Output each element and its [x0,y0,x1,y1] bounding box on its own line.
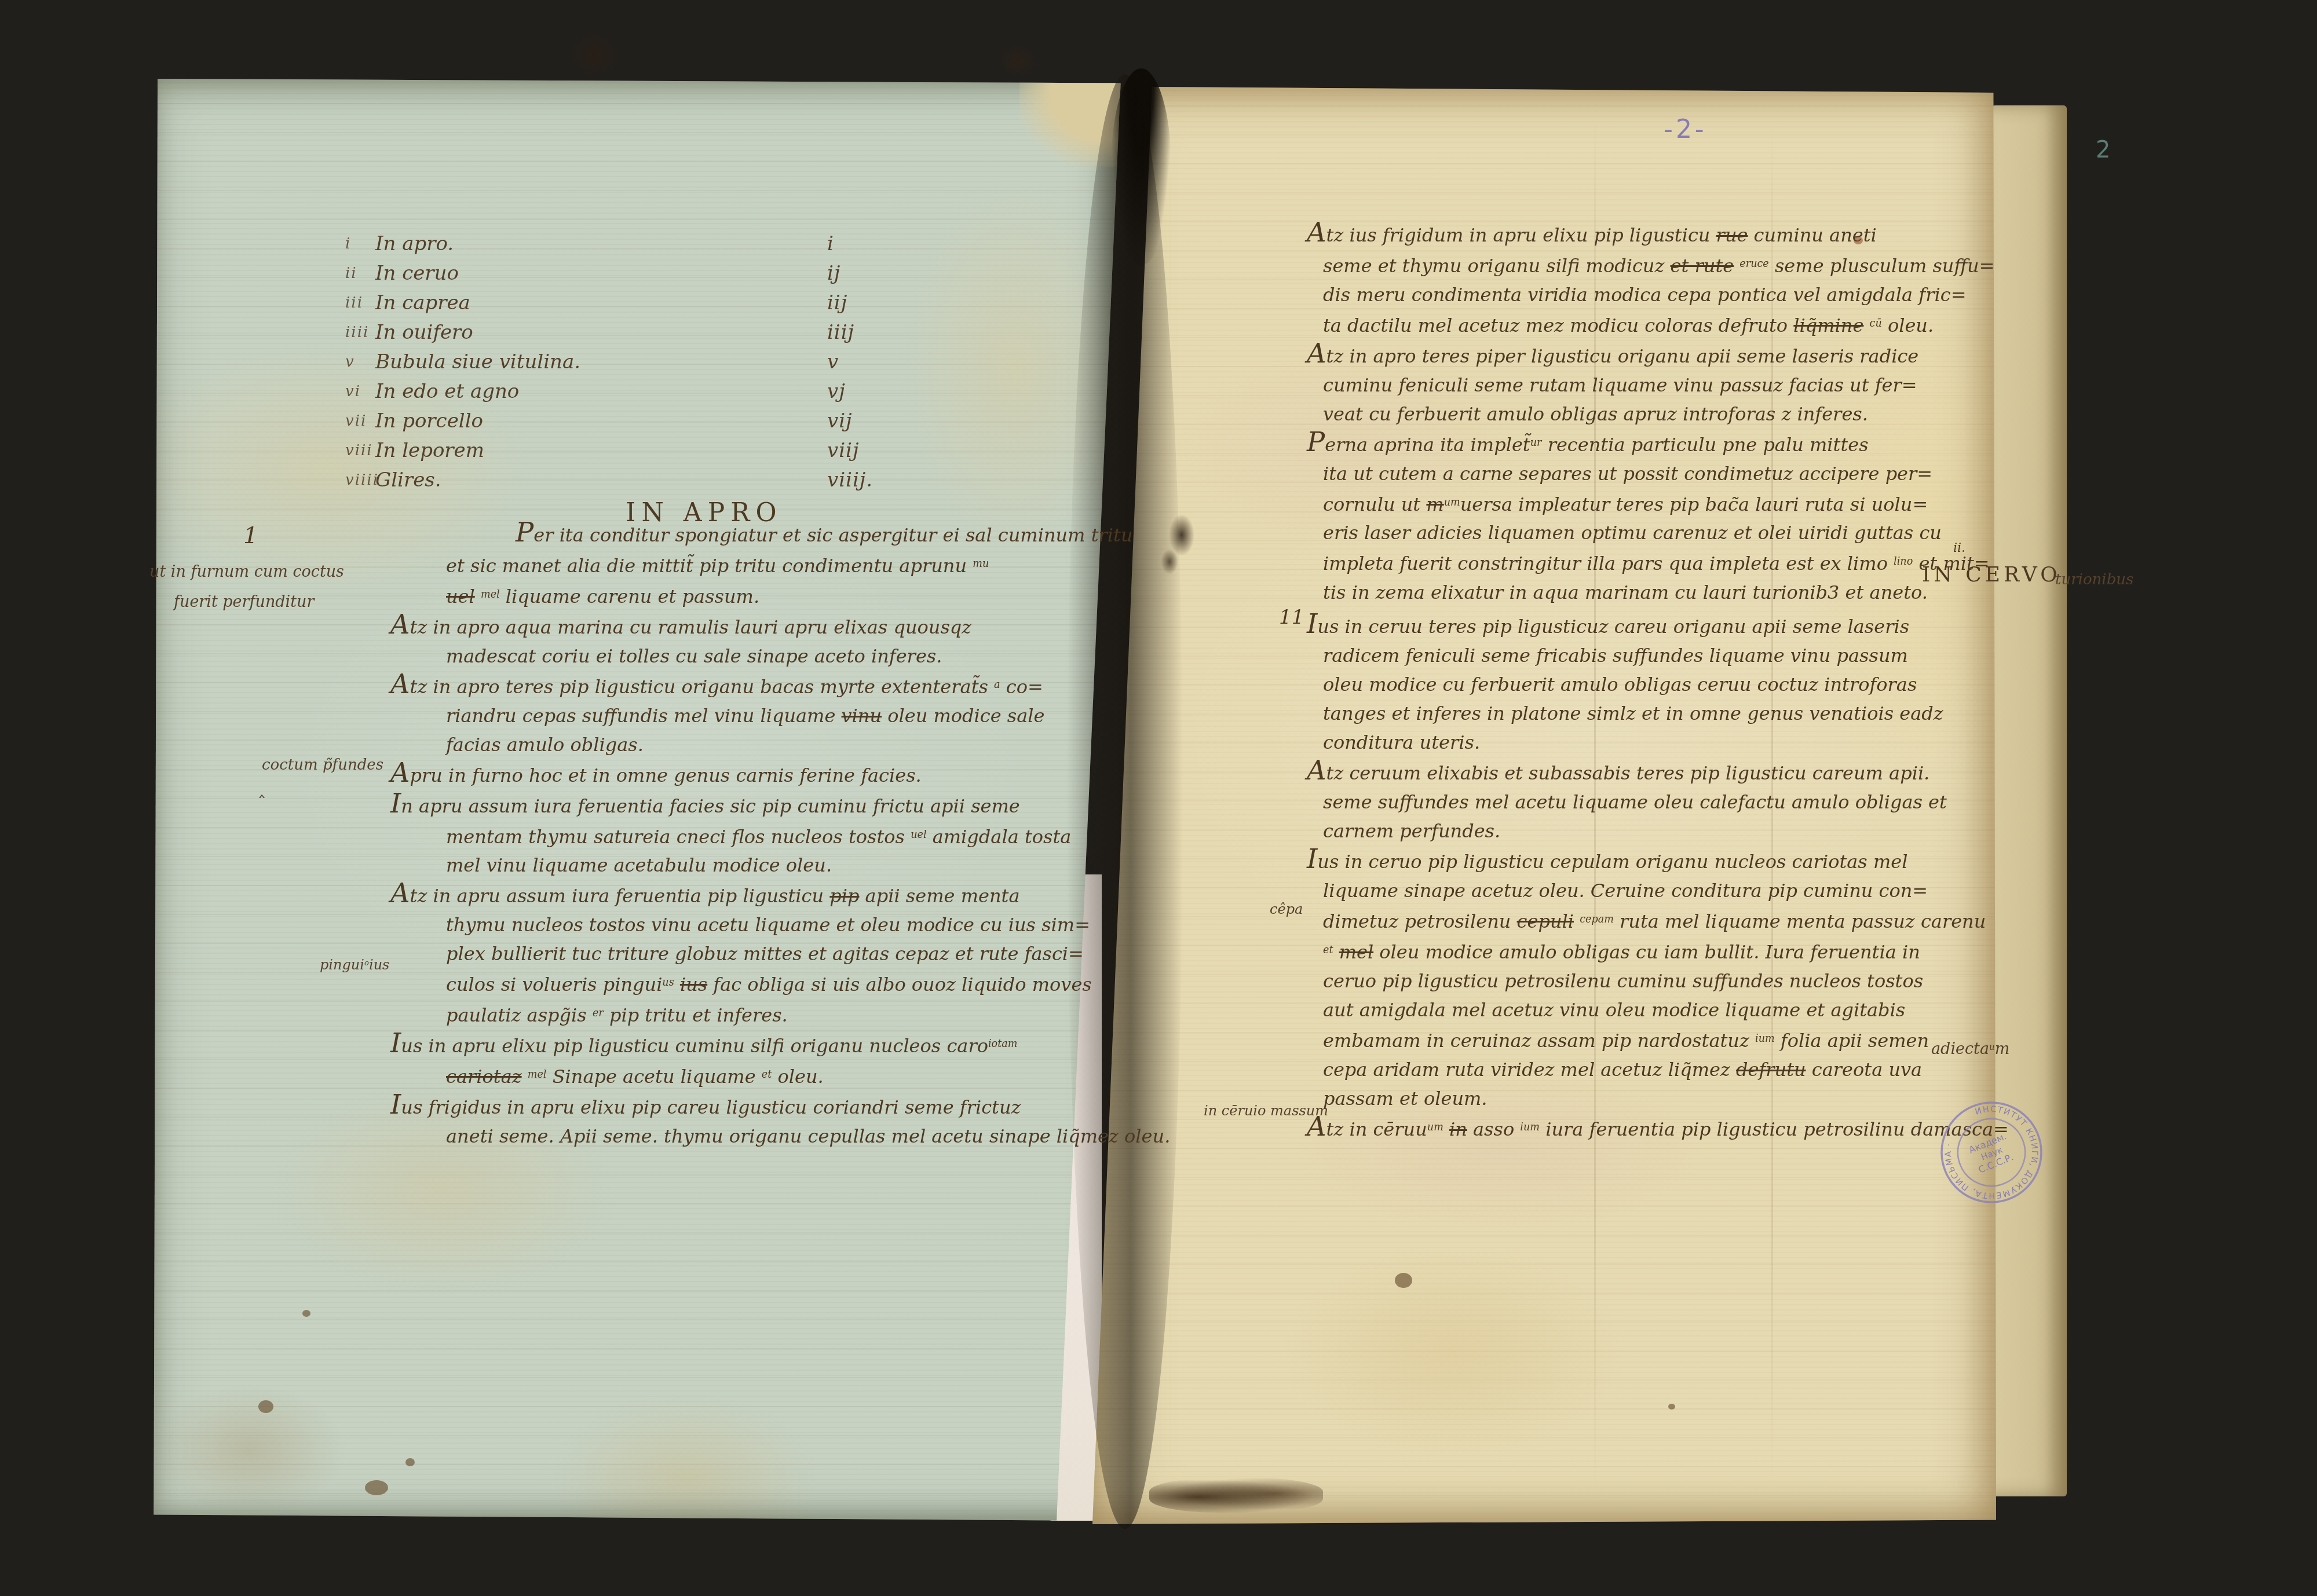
toc-chapter-numeral: viii [345,436,375,466]
text-line: Perna aprina ita implet̃ur recentia part… [1273,429,1974,459]
toc-chapter-numeral: vii [345,407,375,436]
recipe-paragraph: Perna aprina ita implet̃ur recentia part… [1273,429,1974,607]
manuscript-photo: i In apro. i ii In ceruo ij iii In capre… [0,0,2317,1596]
text-line: seme suffundes mel acetu liquame oleu ca… [1273,788,1974,817]
toc-page-numeral: viiij. [827,466,872,495]
toc-row: vii In porcello vij [345,407,872,436]
section-heading-in-cervo: IN CERVO [1922,563,2061,587]
toc-page-numeral: vij [827,407,872,436]
text-line: plex bullierit tuc triture globuz mittes… [386,939,1098,968]
recipe-paragraph: Atz in apro teres piper ligusticu origan… [1273,340,1974,429]
text-line: Per ita conditur spongiatur et sic asper… [386,519,1098,550]
underlying-folio-edge [1991,105,2067,1496]
toc-chapter-numeral: viiii [345,466,375,495]
library-stamp: ИНСТИТУТ КНИГИ, ДОКУМЕНТА, ПИСЬМА · Акад… [1938,1099,2045,1206]
recipe-paragraph: In apru assum iura feruentia facies sic … [386,790,1098,880]
recipe-paragraph: Ius in ceruu teres pip ligusticuz careu … [1273,610,1974,757]
toc-chapter-numeral: iiii [345,318,375,347]
margin-gloss: turionibus [2055,571,2133,588]
toc-entry-label: Bubula siue vitulina. [375,347,827,377]
chapter-numeral-superscript: ii. [1953,541,1965,555]
text-line: seme et thymu origanu silfi modicuz et r… [1273,250,1974,280]
toc-page-numeral: vj [827,377,872,407]
recipe-paragraph: Atz ceruum elixabis et subassabis teres … [1273,757,1974,845]
toc-row: viiii Glires. viiij. [345,466,872,495]
binding-clamp-mark [999,45,1037,76]
text-line: aneti seme. Apii seme. thymu origanu cep… [386,1122,1098,1151]
text-line: radicem feniculi seme fricabis suffundes… [1273,641,1974,670]
recipe-paragraph: Ius in apru elixu pip ligusticu cuminu s… [386,1030,1098,1091]
text-line: thymu nucleos tostos vinu acetu liquame … [386,910,1098,939]
pencil-page-number: -2- [1664,115,1707,144]
toc-chapter-numeral: ii [345,259,375,288]
text-line: conditura uteris. [1273,728,1974,757]
text-line: Ius frigidus in apru elixu pip careu lig… [386,1091,1098,1122]
text-line: ta dactilu mel acetuz mez modicu coloras… [1273,309,1974,340]
text-line: Atz in apru assum iura feruentia pip lig… [386,880,1098,910]
margin-note: ut in furnum cum coctus [149,563,344,581]
text-line: aut amigdala mel acetuz vinu oleu modice… [1273,995,1974,1024]
text-line: Atz in apro teres pip ligusticu origanu … [386,671,1098,701]
toc-page-numeral: v [827,347,872,377]
text-line: Atz in cēruuum in asso ium iura feruenti… [1273,1113,1974,1144]
toc-page-numeral: viij [827,436,872,466]
text-line: Atz in apro teres piper ligusticu origan… [1273,340,1974,371]
toc-chapter-numeral: i [345,229,375,259]
recipe-paragraph: Atz in apro aqua marina cu ramulis lauri… [386,611,1098,671]
toc-entry-label: In ceruo [375,259,827,288]
margin-gloss: cêpa [1270,901,1303,917]
toc-page-numeral: iij [827,288,872,318]
text-line: mel vinu liquame acetabulu modice oleu. [386,851,1098,880]
toc-page-numeral: iiij [827,318,872,347]
margin-note: fuerit perfunditur [174,593,314,611]
toc-chapter-numeral: v [345,347,375,377]
toc-row: viii In leporem viij [345,436,872,466]
text-line: et sic manet alia die mittit̃ pip tritu … [386,550,1098,580]
text-line: dimetuz petrosilenu cepuli cepam ruta me… [1273,905,1974,936]
stain [258,1400,273,1413]
text-line: Apru in furno hoc et in omne genus carni… [386,759,1098,790]
paper-corner-patch [1019,79,1123,167]
margin-note: coctum p̃fundes [262,756,383,774]
binding-clamp-mark [570,31,619,76]
toc-entry-label: In edo et agno [375,377,827,407]
margin-note: pinguioius [320,957,389,973]
table-of-contents: i In apro. i ii In ceruo ij iii In capre… [345,229,872,495]
recipe-paragraph: Atz ius frigidum in apru elixu pip ligus… [1273,219,1974,340]
text-line: tanges et inferes in platone simlz et in… [1273,699,1974,728]
gutter-top-shadow [1111,68,1171,265]
left-page-text-block: Per ita conditur spongiatur et sic asper… [386,519,1098,1151]
text-line: tis in zema elixatur in aqua marinam cu … [1273,578,1974,607]
stain [1395,1273,1412,1288]
recipe-paragraph: Apru in furno hoc et in omne genus carni… [386,759,1098,790]
toc-entry-label: In leporem [375,436,827,466]
text-line: Atz ius frigidum in apru elixu pip ligus… [1273,219,1974,250]
ink-stain [1161,549,1178,574]
toc-chapter-numeral: iii [345,288,375,318]
text-line: passam et oleum. [1273,1084,1974,1113]
toc-page-numeral: i [827,229,872,259]
text-line: Atz in apro aqua marina cu ramulis lauri… [386,611,1098,642]
right-page-text-block: Atz ius frigidum in apru elixu pip ligus… [1273,219,1974,1144]
text-line: et mel oleu modice amulo obligas cu iam … [1273,936,1974,967]
toc-page-numeral: ij [827,259,872,288]
text-line: ceruo pip ligusticu petrosilenu cuminu s… [1273,967,1974,995]
text-line: cepa aridam ruta viridez mel acetuz liq̃… [1273,1055,1974,1084]
text-line: eris laser adicies liquamen optimu caren… [1273,518,1974,547]
text-line: carnem perfundes. [1273,817,1974,845]
stain [302,1310,310,1317]
text-line: veat cu ferbuerit amulo obligas apruz in… [1273,400,1974,429]
toc-entry-label: In caprea [375,288,827,318]
toc-row: v Bubula siue vitulina. v [345,347,872,377]
text-line: cuminu feniculi seme rutam liquame vinu … [1273,371,1974,400]
text-line: Ius in apru elixu pip ligusticu cuminu s… [386,1030,1098,1060]
recipe-paragraph: Atz in apru assum iura feruentia pip lig… [386,880,1098,1030]
text-line: mentam thymu satureia cneci flos nucleos… [386,821,1098,851]
text-line: madescat coriu ei tolles cu sale sinape … [386,642,1098,671]
stain [1668,1404,1675,1410]
toc-row: iiii In ouifero iiij [345,318,872,347]
toc-chapter-numeral: vi [345,377,375,407]
text-line: dis meru condimenta viridia modica cepa … [1273,280,1974,309]
chapter-number: 1 [243,522,258,549]
recipe-paragraph: Ius in ceruo pip ligusticu cepulam origa… [1273,845,1974,1112]
margin-gloss: adiectaum [1931,1040,2009,1058]
recipe-paragraph: Per ita conditur spongiatur et sic asper… [386,519,1098,611]
text-line: uel mel liquame carenu et passum. [386,580,1098,611]
toc-row: i In apro. i [345,229,872,259]
text-line: facias amulo obligas. [386,730,1098,759]
toc-entry-label: In ouifero [375,318,827,347]
text-line: cornulu ut mumuersa impleatur teres pip … [1273,488,1974,519]
toc-row: vi In edo et agno vj [345,377,872,407]
text-line: In apru assum iura feruentia facies sic … [386,790,1098,821]
text-line: culos si volueris pinguius ius fac oblig… [386,968,1098,999]
text-line: oleu modice cu ferbuerit amulo obligas c… [1273,670,1974,699]
text-line: cariotaz mel Sinape acetu liquame et ole… [386,1060,1098,1091]
recipe-paragraph: Atz in cēruuum in asso ium iura feruenti… [1273,1113,1974,1144]
text-line: ita ut cutem a carne separes ut possit c… [1273,459,1974,488]
insertion-caret-mark: ‸ [259,778,265,799]
text-line: Ius in ceruo pip ligusticu cepulam origa… [1273,845,1974,876]
text-line: embamam in ceruinaz assam pip nardostatu… [1273,1024,1974,1055]
toc-entry-label: In porcello [375,407,827,436]
toc-entry-label: Glires. [375,466,827,495]
text-line: riandru cepas suffundis mel vinu liquame… [386,701,1098,730]
toc-entry-label: In apro. [375,229,827,259]
stamp-graphic: ИНСТИТУТ КНИГИ, ДОКУМЕНТА, ПИСЬМА · Акад… [1938,1099,2045,1206]
toc-row: iii In caprea iij [345,288,872,318]
text-line: impleta fuerit constringitur illa pars q… [1273,547,1974,578]
text-line: paulatiz aspg̃is er pip tritu et inferes… [386,999,1098,1030]
stain [365,1480,388,1495]
chapter-number: 11 [1279,606,1304,629]
text-line: Atz ceruum elixabis et subassabis teres … [1273,757,1974,788]
margin-gloss: in cēruio massum [1204,1103,1328,1119]
stain [405,1458,415,1466]
text-line: liquame sinape acetuz oleu. Ceruine cond… [1273,876,1974,905]
recipe-paragraph: Ius frigidus in apru elixu pip careu lig… [386,1091,1098,1151]
text-line: Ius in ceruu teres pip ligusticuz careu … [1273,610,1974,641]
burn-stain [1149,1478,1323,1513]
recipe-paragraph: Atz in apro teres pip ligusticu origanu … [386,671,1098,759]
folio-number: 2 [2096,137,2110,163]
toc-row: ii In ceruo ij [345,259,872,288]
